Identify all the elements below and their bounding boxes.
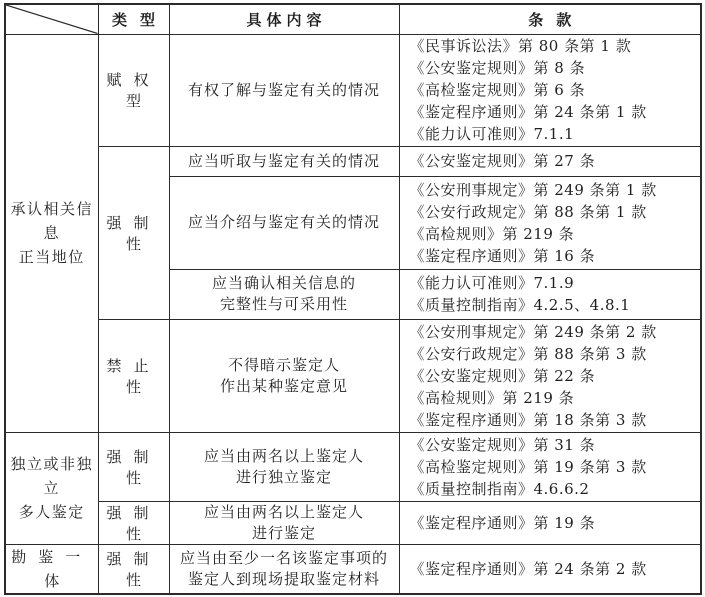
clause-line: 《鉴定程序通则》第 24 条第 2 款	[410, 558, 701, 580]
content-cell: 应当介绍与鉴定有关的情况	[169, 176, 399, 269]
clause-cell: 《公安鉴定规则》第 31 条 《高检鉴定规则》第 19 条第 3 款 《质量控制…	[399, 432, 701, 501]
clause-line: 《公安刑事规定》第 249 条第 1 款	[410, 179, 701, 201]
group-label-line: 承认相关信息	[6, 197, 98, 245]
type-cell: 禁止性	[98, 319, 169, 432]
header-clause-label: 条款	[528, 11, 584, 29]
clause-line: 《高检鉴定规则》第 6 条	[410, 79, 701, 101]
type-label: 强制性	[106, 448, 160, 487]
header-content: 具体内容	[169, 4, 399, 34]
content-line: 进行鉴定	[170, 523, 399, 544]
clause-line: 《公安鉴定规则》第 22 条	[410, 365, 701, 387]
table-row: 强制性 应当由两名以上鉴定人 进行鉴定 《鉴定程序通则》第 19 条	[5, 501, 701, 544]
content-line: 有权了解与鉴定有关的情况	[170, 80, 399, 101]
forensic-norms-table: 类型 具体内容 条款 承认相关信息 正当地位 赋权型 有权了解与鉴定有关的情况 …	[4, 3, 702, 595]
content-line: 作出某种鉴定意见	[170, 376, 399, 397]
corner-cell	[5, 4, 98, 34]
clause-cell: 《鉴定程序通则》第 19 条	[399, 501, 701, 544]
clause-line: 《公安行政规定》第 88 条第 3 款	[410, 343, 701, 365]
clause-line: 《鉴定程序通则》第 16 条	[410, 245, 701, 267]
header-content-label: 具体内容	[246, 11, 326, 29]
clause-cell: 《鉴定程序通则》第 24 条第 2 款	[399, 544, 701, 594]
clause-line: 《公安行政规定》第 88 条第 1 款	[410, 201, 701, 223]
type-cell: 强制性	[98, 501, 169, 544]
header-row: 类型 具体内容 条款	[5, 4, 701, 34]
group-label-line: 独立或非独立	[6, 452, 98, 500]
type-cell: 强制性	[98, 432, 169, 501]
clause-line: 《鉴定程序通则》第 19 条	[410, 512, 701, 534]
type-label: 强制性	[106, 504, 160, 543]
content-line: 应当由两名以上鉴定人	[170, 446, 399, 467]
type-label: 强制性	[106, 214, 160, 253]
clause-line: 《高检规则》第 219 条	[410, 223, 701, 245]
clause-cell: 《民事诉讼法》第 80 条第 1 款 《公安鉴定规则》第 8 条 《高检鉴定规则…	[399, 34, 701, 146]
clause-line: 《鉴定程序通则》第 18 条第 3 款	[410, 409, 701, 431]
group-label-multi-expert: 独立或非独立 多人鉴定	[5, 432, 98, 544]
content-cell: 应当由至少一名该鉴定事项的 鉴定人到现场提取鉴定材料	[169, 544, 399, 594]
clause-line: 《鉴定程序通则》第 24 条第 1 款	[410, 101, 701, 123]
clause-cell: 《公安刑事规定》第 249 条第 1 款 《公安行政规定》第 88 条第 1 款…	[399, 176, 701, 269]
group-label-recognize-info: 承认相关信息 正当地位	[5, 34, 98, 432]
content-line: 应当听取与鉴定有关的情况	[170, 151, 399, 172]
content-line: 应当由至少一名该鉴定事项的	[170, 548, 399, 569]
clause-line: 《公安鉴定规则》第 31 条	[410, 434, 701, 456]
type-label: 禁止性	[106, 357, 160, 396]
content-cell: 应当由两名以上鉴定人 进行独立鉴定	[169, 432, 399, 501]
group-label-line: 多人鉴定	[6, 500, 98, 524]
type-cell: 赋权型	[98, 34, 169, 146]
type-label: 赋权型	[106, 71, 160, 110]
content-line: 不得暗示鉴定人	[170, 355, 399, 376]
group-label-text: 勘鉴一体	[11, 548, 92, 590]
type-cell: 强制性	[98, 146, 169, 319]
content-cell: 应当确认相关信息的 完整性与可采用性	[169, 269, 399, 319]
table-row: 承认相关信息 正当地位 赋权型 有权了解与鉴定有关的情况 《民事诉讼法》第 80…	[5, 34, 701, 146]
group-label-line: 勘鉴一体	[6, 545, 98, 593]
clause-line: 《公安鉴定规则》第 8 条	[410, 57, 701, 79]
content-line: 应当由两名以上鉴定人	[170, 502, 399, 523]
type-label: 强制性	[106, 550, 160, 589]
clause-line: 《能力认可准则》7.1.1	[410, 123, 701, 145]
content-line: 完整性与可采用性	[170, 294, 399, 315]
content-line: 鉴定人到现场提取鉴定材料	[170, 569, 399, 590]
clause-line: 《能力认可准则》7.1.9	[410, 272, 701, 294]
table-row: 独立或非独立 多人鉴定 强制性 应当由两名以上鉴定人 进行独立鉴定 《公安鉴定规…	[5, 432, 701, 501]
content-cell: 有权了解与鉴定有关的情况	[169, 34, 399, 146]
clause-line: 《高检规则》第 219 条	[410, 387, 701, 409]
table-row: 禁止性 不得暗示鉴定人 作出某种鉴定意见 《公安刑事规定》第 249 条第 2 …	[5, 319, 701, 432]
clause-line: 《公安鉴定规则》第 27 条	[410, 150, 701, 172]
content-line: 进行独立鉴定	[170, 467, 399, 488]
header-type-label: 类型	[112, 11, 168, 29]
group-label-line: 正当地位	[6, 245, 98, 269]
content-line: 应当介绍与鉴定有关的情况	[170, 212, 399, 233]
clause-cell: 《公安刑事规定》第 249 条第 2 款 《公安行政规定》第 88 条第 3 款…	[399, 319, 701, 432]
diagonal-line-icon	[6, 5, 98, 34]
group-label-scene-integration: 勘鉴一体	[5, 544, 98, 594]
header-type: 类型	[98, 4, 169, 34]
content-cell: 应当听取与鉴定有关的情况	[169, 146, 399, 176]
table-row: 强制性 应当听取与鉴定有关的情况 《公安鉴定规则》第 27 条	[5, 146, 701, 176]
type-cell: 强制性	[98, 544, 169, 594]
clause-cell: 《能力认可准则》7.1.9 《质量控制指南》4.2.5、4.8.1	[399, 269, 701, 319]
content-cell: 不得暗示鉴定人 作出某种鉴定意见	[169, 319, 399, 432]
clause-cell: 《公安鉴定规则》第 27 条	[399, 146, 701, 176]
content-line: 应当确认相关信息的	[170, 273, 399, 294]
clause-line: 《公安刑事规定》第 249 条第 2 款	[410, 321, 701, 343]
table-row: 勘鉴一体 强制性 应当由至少一名该鉴定事项的 鉴定人到现场提取鉴定材料 《鉴定程…	[5, 544, 701, 594]
clause-line: 《高检鉴定规则》第 19 条第 3 款	[410, 456, 701, 478]
clause-line: 《质量控制指南》4.2.5、4.8.1	[410, 294, 701, 316]
content-cell: 应当由两名以上鉴定人 进行鉴定	[169, 501, 399, 544]
header-clause: 条款	[399, 4, 701, 34]
clause-line: 《民事诉讼法》第 80 条第 1 款	[410, 35, 701, 57]
clause-line: 《质量控制指南》4.6.6.2	[410, 478, 701, 500]
